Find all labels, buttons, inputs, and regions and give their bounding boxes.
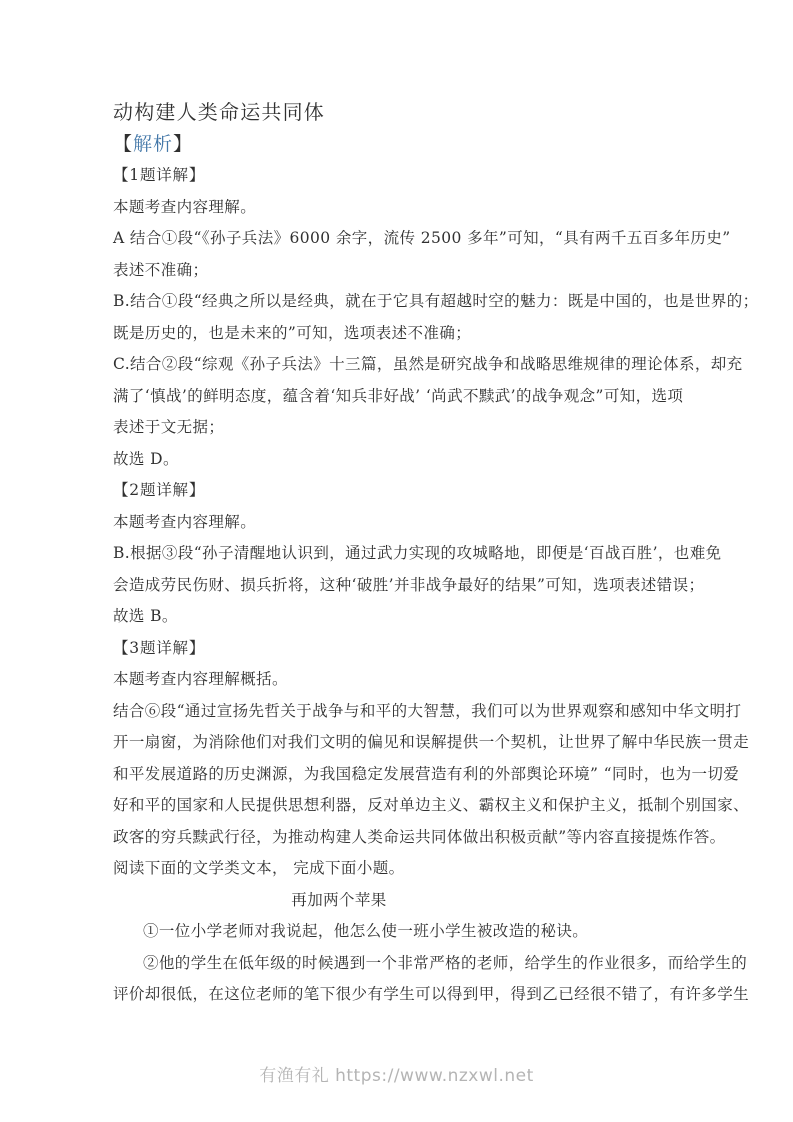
passage-paragraph-line: ②他的学生在低年级的时候遇到一个非常严格的老师，给学生的作业很多，而给学生的 bbox=[113, 948, 775, 980]
q2-answer-choice-line: 故选 B。 bbox=[113, 601, 775, 633]
q1-analysis-line: 本题考查内容理解。 bbox=[113, 192, 775, 224]
bracket-open: 【 bbox=[113, 133, 133, 155]
q1-analysis-line: B.结合①段“经典之所以是经典，就在于它具有超越时空的魅力：既是中国的，也是世界… bbox=[113, 286, 775, 318]
q1-analysis-line: A 结合①段“《孙子兵法》6000 余字，流传 2500 多年”可知，“具有两千… bbox=[113, 223, 775, 255]
q3-analysis-line: 本题考查内容理解概括。 bbox=[113, 664, 775, 696]
q1-answer-choice-line: 故选 D。 bbox=[113, 444, 775, 476]
bracket-close: 】 bbox=[173, 133, 193, 155]
answer-tail-line: 动构建人类命运共同体 bbox=[113, 97, 775, 129]
question-2-detail-header: 【2题详解】 bbox=[113, 475, 775, 507]
q1-analysis-line: 表述于文无据； bbox=[113, 412, 775, 444]
reading-instruction: 阅读下面的文学类文本， 完成下面小题。 bbox=[113, 853, 775, 885]
document-body: 动构建人类命运共同体 【解析】 【1题详解】 本题考查内容理解。 A 结合①段“… bbox=[113, 97, 775, 1011]
q1-analysis-line: 既是历史的，也是未来的”可知，选项表述不准确； bbox=[113, 318, 775, 350]
q3-analysis-line: 结合⑥段“通过宣扬先哲关于战争与和平的大智慧，我们可以为世界观察和感知中华文明打 bbox=[113, 696, 775, 728]
document-page: 动构建人类命运共同体 【解析】 【1题详解】 本题考查内容理解。 A 结合①段“… bbox=[0, 0, 793, 1122]
q2-analysis-line: 会造成劳民伤财、损兵折将，这种‘破胜’并非战争最好的结果”可知，选项表述错误； bbox=[113, 570, 775, 602]
q3-analysis-line: 开一扇窗，为消除他们对我们文明的偏见和误解提供一个契机，让世界了解中华民族一贯走 bbox=[113, 727, 775, 759]
passage-paragraph-line: ①一位小学老师对我说起，他怎么使一班小学生被改造的秘诀。 bbox=[113, 916, 775, 948]
q3-analysis-line: 政客的穷兵黩武行径，为推动构建人类命运共同体做出积极贡献”等内容直接提炼作答。 bbox=[113, 822, 775, 854]
q2-analysis-line: B.根据③段“孙子清醒地认识到，通过武力实现的攻城略地，即便是‘百战百胜’，也难… bbox=[113, 538, 775, 570]
passage-paragraph-line: 评价却很低，在这位老师的笔下很少有学生可以得到甲，得到乙已经很不错了，有许多学生 bbox=[113, 979, 775, 1011]
passage-title: 再加两个苹果 bbox=[113, 885, 565, 917]
q3-analysis-line: 好和平的国家和人民提供思想利器，反对单边主义、霸权主义和保护主义，抵制个别国家、 bbox=[113, 790, 775, 822]
q1-analysis-line: C.结合②段“综观《孙子兵法》十三篇，虽然是研究战争和战略思维规律的理论体系，却… bbox=[113, 349, 775, 381]
q1-analysis-line: 表述不准确； bbox=[113, 255, 775, 287]
q3-analysis-line: 和平发展道路的历史渊源，为我国稳定发展营造有利的外部舆论环境” “同时，也为一切… bbox=[113, 759, 775, 791]
watermark-footer: 有渔有礼 https://www.nzxwl.net bbox=[0, 1061, 793, 1086]
q2-analysis-line: 本题考查内容理解。 bbox=[113, 507, 775, 539]
analysis-section-header: 【解析】 bbox=[113, 129, 775, 161]
question-3-detail-header: 【3题详解】 bbox=[113, 633, 775, 665]
analysis-label: 解析 bbox=[133, 133, 173, 155]
q1-analysis-line: 满了‘慎战’的鲜明态度，蕴含着‘知兵非好战’ ‘尚武不黩武’的战争观念”可知，选… bbox=[113, 381, 775, 413]
question-1-detail-header: 【1题详解】 bbox=[113, 160, 775, 192]
